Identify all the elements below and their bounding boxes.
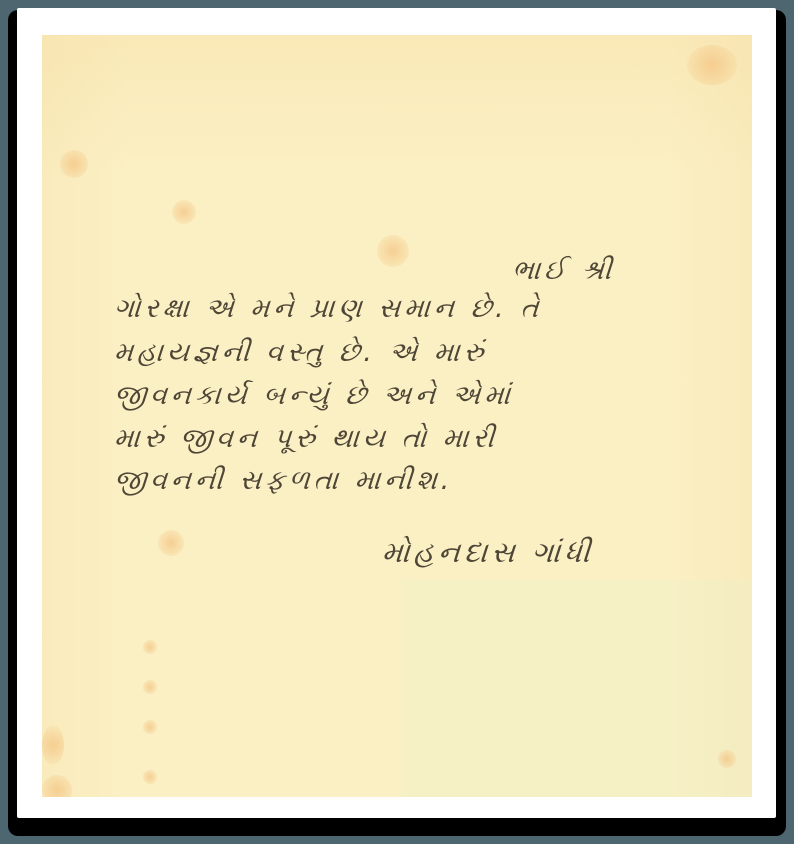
stain-spot xyxy=(158,530,184,556)
letter-line-4: મારું જીવન પૂરું થાય તો મારી xyxy=(113,423,499,455)
letter-paper: ભાઈ શ્રી ગોરક્ષા એ મને પ્રાણ સમાન છે. તે… xyxy=(42,35,752,797)
stain-spot xyxy=(143,680,157,694)
stain-spot xyxy=(42,775,72,797)
stain-spot xyxy=(687,45,737,85)
letter-line-5: જીવનની સફળતા માનીશ. xyxy=(113,465,455,497)
letter-line-2: મહાયજ્ઞની વસ્તુ છે. એ મારું xyxy=(113,337,489,369)
stain-spot xyxy=(377,235,409,267)
stain-spot xyxy=(143,640,157,654)
letter-signature: મોહનદાસ ગાંધી xyxy=(381,535,595,570)
paper-light-patch xyxy=(402,580,752,797)
stain-spot xyxy=(172,200,196,224)
stain-spot xyxy=(42,725,64,765)
stain-spot xyxy=(60,150,88,178)
letter-salutation: ભાઈ શ્રી xyxy=(511,255,617,287)
letter-line-3: જીવનકાર્ય બન્યું છે અને એમાં xyxy=(113,380,515,412)
stain-spot xyxy=(143,770,157,784)
stain-spot xyxy=(718,750,736,768)
stain-spot xyxy=(143,720,157,734)
letter-line-1: ગોરક્ષા એ મને પ્રાણ સમાન છે. તે xyxy=(113,293,544,325)
